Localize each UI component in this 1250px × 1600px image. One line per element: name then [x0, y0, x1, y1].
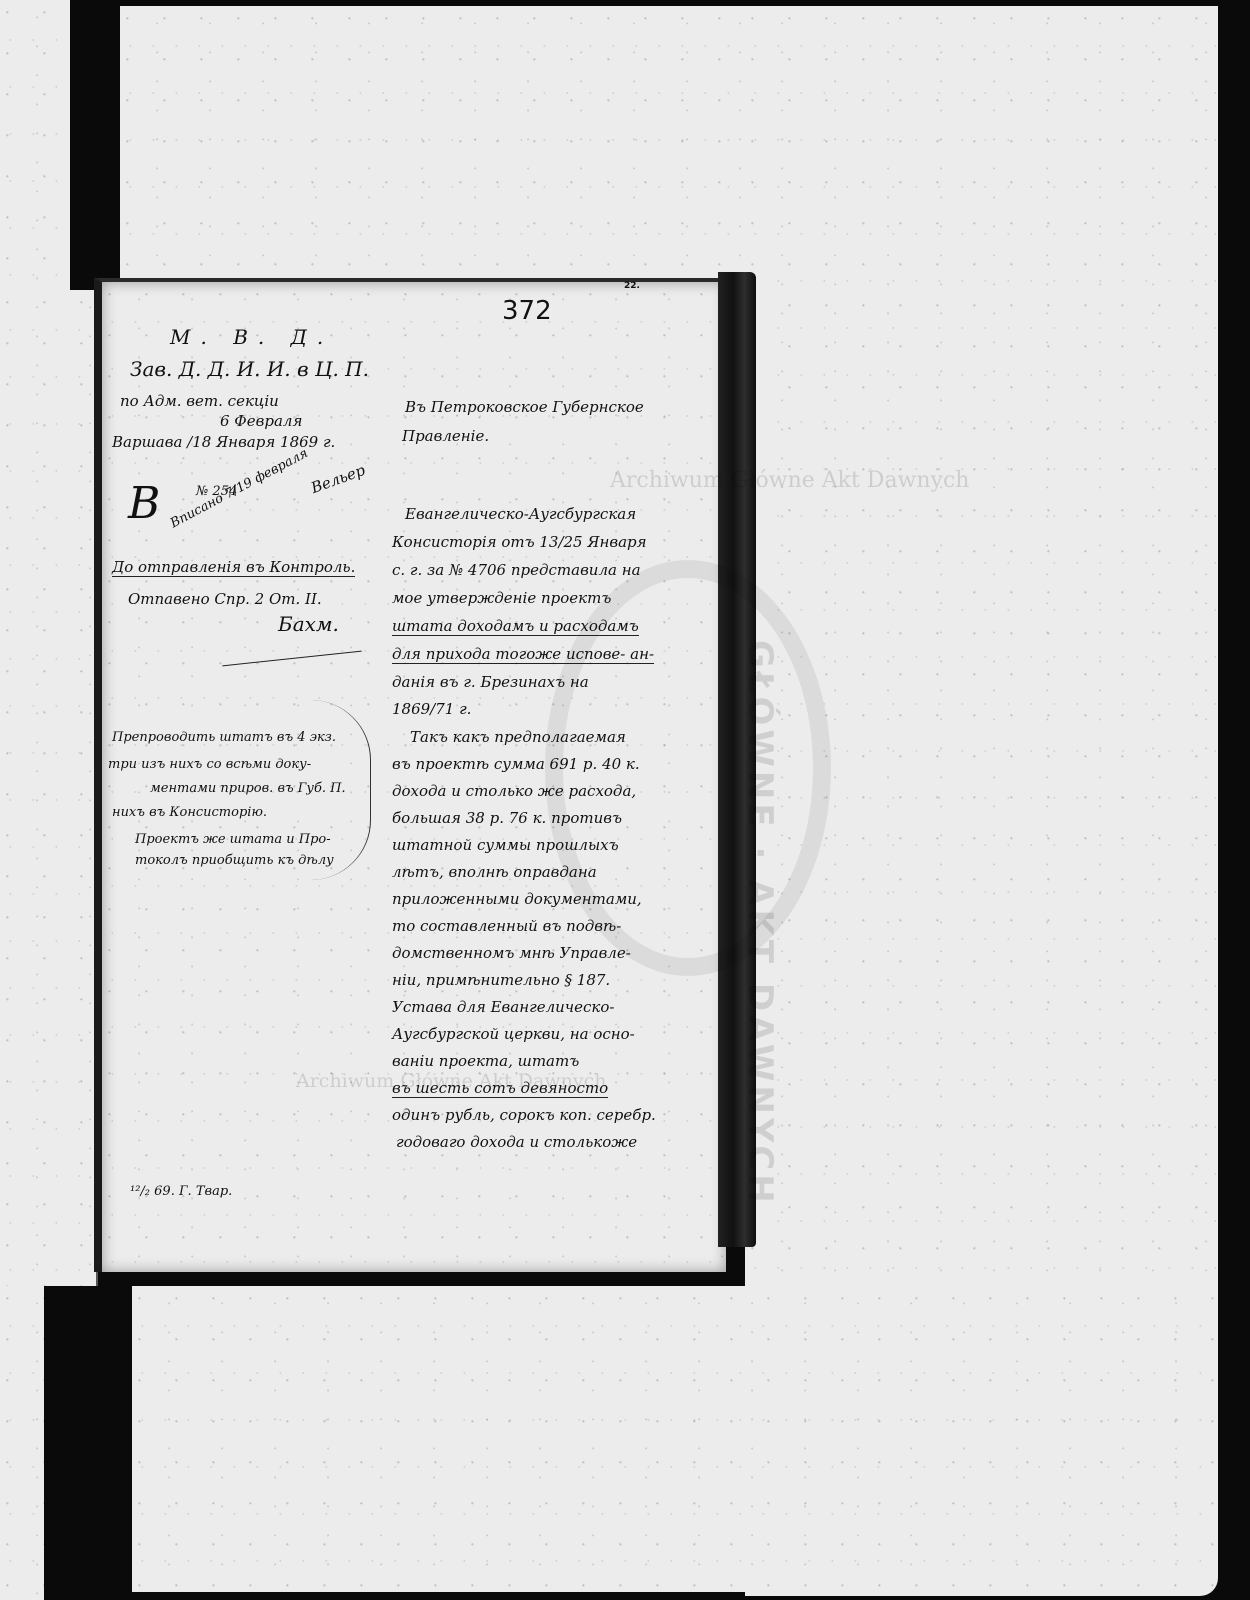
- clerk-signature: Бахм.: [278, 612, 339, 636]
- body2-line-1: Такъ какъ предполагаемая: [410, 728, 626, 746]
- dispatch-note: До отправленія въ Контроль.: [112, 558, 355, 577]
- adjacent-page-bottom-left: [0, 1286, 44, 1600]
- body2-line-8: то составленный въ подвѣ-: [392, 917, 621, 935]
- body1-line-3: с. г. за № 4706 представила на: [392, 561, 641, 579]
- body1-line-2: Консисторія отъ 13/25 Января: [392, 533, 647, 551]
- body2-line-3: дохода и столько же расхода,: [392, 782, 636, 800]
- facing-page-left: [0, 290, 98, 1286]
- section-line: по Адм. вет. секціи: [120, 392, 279, 410]
- department-line: Зав. Д. Д. И. И. в Ц. П.: [130, 357, 369, 381]
- ministry-abbreviation: М. В. Д.: [170, 325, 333, 349]
- resolution-line-1: Препроводить штатъ въ 4 экз.: [112, 730, 336, 745]
- archive-watermark-top: Archiwum Główne Akt Dawnych: [610, 468, 969, 493]
- body1-line-1: Евангелическо-Аугсбургская: [405, 505, 636, 523]
- body2-line-14: въ шесть сотъ девяносто: [392, 1079, 608, 1098]
- body2-line-6: лѣтъ, вполнѣ оправдана: [392, 863, 597, 881]
- date-correction: 6 Февраля: [220, 412, 302, 430]
- body2-line-5: штатной суммы прошлыхъ: [392, 836, 619, 854]
- body2-line-12: Аугсбургской церкви, на осно-: [392, 1025, 635, 1043]
- resolution-line-4: нихъ въ Консисторію.: [112, 805, 267, 820]
- body2-line-10: ніи, примѣнительно § 187.: [392, 971, 610, 989]
- body1-line-5: штата доходамъ и расходамъ: [392, 617, 639, 636]
- resolution-line-5: Проектъ же штата и Про-: [135, 832, 331, 847]
- body2-line-11: Устава для Евангелическо-: [392, 998, 614, 1016]
- body2-line-13: ваніи проекта, штатъ: [392, 1052, 579, 1070]
- body1-line-4: мое утвержденіе проектъ: [392, 589, 611, 607]
- sent-note: Отпавено Спр. 2 От. II.: [128, 590, 322, 608]
- folio-number: 372: [502, 296, 552, 326]
- registration-letter: В: [128, 478, 160, 529]
- archive-seal-text: GŁÓWNE · AKT DAWNYCH: [740, 640, 780, 1207]
- addressee-line-2: Правленіе.: [402, 427, 489, 445]
- sheet-number: 22.: [624, 281, 640, 291]
- body1-line-8: 1869/71 г.: [392, 700, 471, 718]
- body2-line-16: годоваго дохода и столькоже: [396, 1133, 637, 1151]
- body2-line-7: приложенными документами,: [392, 890, 642, 908]
- body1-line-7: данія въ г. Брезинахъ на: [392, 673, 589, 691]
- body2-line-2: въ проектѣ сумма 691 р. 40 к.: [392, 755, 640, 773]
- adjacent-page-top-left: [0, 0, 70, 290]
- body2-line-4: большая 38 р. 76 к. противъ: [392, 809, 622, 827]
- body2-line-15: одинъ рубль, сорокъ коп. серебр.: [392, 1106, 656, 1124]
- resolution-line-6: токолъ приобщить къ дѣлу: [135, 853, 334, 868]
- footer-note: ¹²/₂ 69. Г. Твар.: [130, 1184, 232, 1199]
- body1-line-6: для прихода тогоже испове- ан-: [392, 645, 654, 664]
- resolution-line-3: ментами приров. въ Губ. П.: [150, 781, 346, 796]
- resolution-line-2: три изъ нихъ со всѣми доку-: [108, 757, 311, 772]
- addressee-line-1: Въ Петроковское Губернское: [405, 398, 644, 416]
- body2-line-9: домственномъ мнѣ Управле-: [392, 944, 631, 962]
- adjacent-page-bottom: [132, 1286, 1218, 1592]
